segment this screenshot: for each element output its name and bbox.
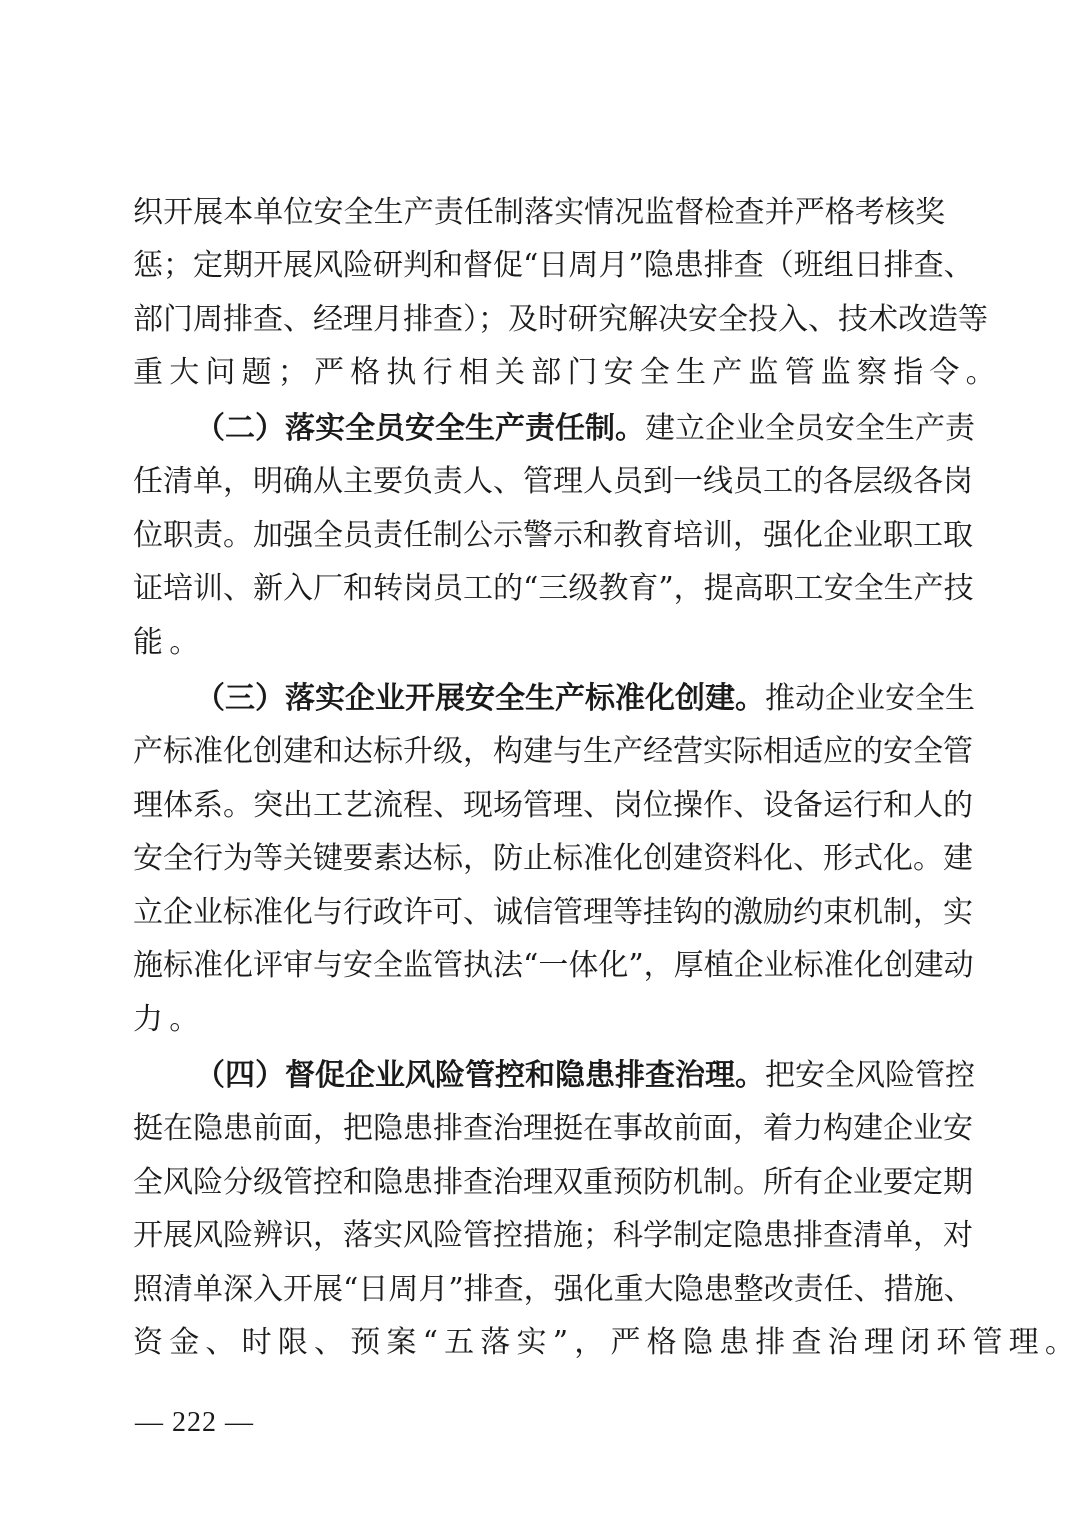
body-line: 位职责。加强全员责任制公示警示和教育培训，强化企业职工取 bbox=[133, 516, 945, 556]
section-paragraph-first-line: （三）落实企业开展安全生产标准化创建。推动企业安全生 bbox=[195, 679, 945, 719]
body-line: 任清单，明确从主要负责人、管理人员到一线员工的各层级各岗 bbox=[133, 462, 945, 502]
body-line: 资金、时限、预案“五落实”，严格隐患排查治理闭环管理。 bbox=[133, 1323, 945, 1363]
section-paragraph-first-line: （二）落实全员安全生产责任制。建立企业全员安全生产责 bbox=[195, 409, 945, 449]
section-heading: （三）落实企业开展安全生产标准化创建。 bbox=[195, 681, 765, 716]
body-line: 部门周排查、经理月排查）；及时研究解决安全投入、技术改造等 bbox=[133, 300, 945, 340]
body-line: 安全行为等关键要素达标，防止标准化创建资料化、形式化。建 bbox=[133, 839, 945, 879]
body-line: 能。 bbox=[133, 623, 945, 663]
body-line: 织开展本单位安全生产责任制落实情况监督检查并严格考核奖 bbox=[133, 193, 945, 233]
body-text: 把安全风险管控 bbox=[765, 1058, 975, 1093]
body-line: 惩；定期开展风险研判和督促“日周月”隐患排查（班组日排查、 bbox=[133, 246, 945, 286]
body-line: 施标准化评审与安全监管执法“一体化”，厚植企业标准化创建动 bbox=[133, 946, 945, 986]
body-line: 全风险分级管控和隐患排查治理双重预防机制。所有企业要定期 bbox=[133, 1163, 945, 1203]
body-line: 挺在隐患前面，把隐患排查治理挺在事故前面，着力构建企业安 bbox=[133, 1109, 945, 1149]
section-paragraph-first-line: （四）督促企业风险管控和隐患排查治理。把安全风险管控 bbox=[195, 1056, 945, 1096]
body-line: 证培训、新入厂和转岗员工的“三级教育”，提高职工安全生产技 bbox=[133, 569, 945, 609]
body-text: 建立企业全员安全生产责 bbox=[645, 411, 975, 446]
body-line: 产标准化创建和达标升级，构建与生产经营实际相适应的安全管 bbox=[133, 732, 945, 772]
page-number: — 222 — bbox=[135, 1407, 254, 1439]
body-line: 理体系。突出工艺流程、现场管理、岗位操作、设备运行和人的 bbox=[133, 786, 945, 826]
body-line: 照清单深入开展“日周月”排查，强化重大隐患整改责任、措施、 bbox=[133, 1270, 945, 1310]
body-line: 重大问题；严格执行相关部门安全生产监管监察指令。 bbox=[133, 353, 945, 393]
document-page: 织开展本单位安全生产责任制落实情况监督检查并严格考核奖 惩；定期开展风险研判和督… bbox=[0, 0, 1074, 1520]
body-text: 推动企业安全生 bbox=[765, 681, 975, 716]
body-line: 开展风险辨识，落实风险管控措施；科学制定隐患排查清单，对 bbox=[133, 1216, 945, 1256]
body-line: 立企业标准化与行政许可、诚信管理等挂钩的激励约束机制，实 bbox=[133, 893, 945, 933]
section-heading: （四）督促企业风险管控和隐患排查治理。 bbox=[195, 1058, 765, 1093]
section-heading: （二）落实全员安全生产责任制。 bbox=[195, 411, 645, 446]
body-line: 力。 bbox=[133, 1000, 945, 1040]
